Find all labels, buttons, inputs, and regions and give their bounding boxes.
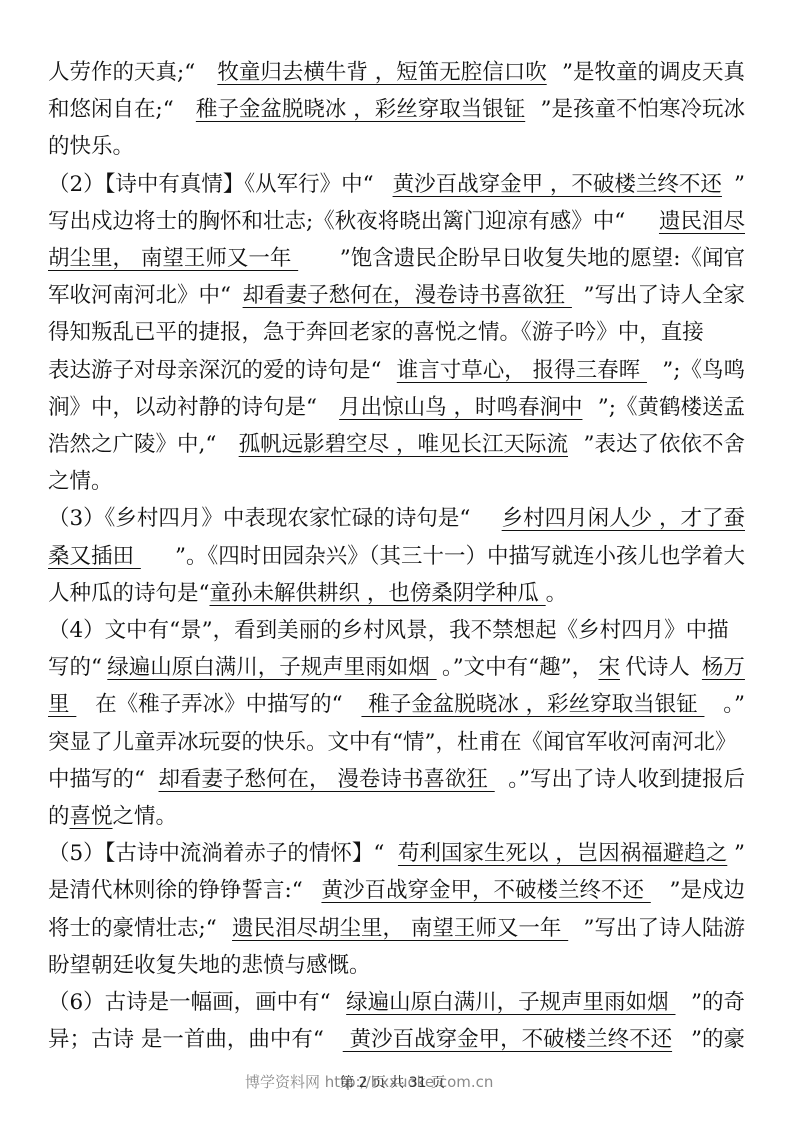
page-footer: 博学资料网 http://bxxuoke.com.cn 第 2 页 共 31 页 <box>0 1071 793 1093</box>
text-segment: ”是戍边 <box>670 876 746 906</box>
text-line: （6）古诗是一幅画，画中有“绿遍山原白满川，子规声里雨如烟 ”的奇 <box>48 988 745 1018</box>
answer-blank: 稚子金盆脱晓冰 ，彩丝穿取当银钲 <box>361 690 704 720</box>
text-segment: 人种瓜的诗句是“ <box>48 579 210 609</box>
text-segment: 盼望朝廷收复失地的悲愤与感慨。 <box>48 951 371 981</box>
answer-blank: 绿遍山原白满川，子规声里雨如烟 <box>346 988 675 1018</box>
text-line: 写出戍边将士的胸怀和壮志;《秋夜将晓出篱门迎凉有感》中“遗民泪尽 <box>48 207 745 237</box>
text-line: 涧》中，以动衬静的诗句是“ 月出惊山鸟 ，时鸣春涧中”;《黄鹤楼送孟 <box>48 393 745 423</box>
text-line: 中描写的“却看妻子愁何在， 漫卷诗书喜欲狂 。”写出了诗人收到捷报后 <box>48 765 745 795</box>
text-segment: ”;《鸟鸣 <box>662 356 745 386</box>
text-line: 和悠闲自在;“ 稚子金盆脱晓冰 ，彩丝穿取当银钲”是孩童不怕寒冷玩冰 <box>48 95 745 125</box>
text-segment: 是清代林则徐的铮铮誓言:“ <box>48 876 303 906</box>
answer-blank: 宋 <box>598 653 620 683</box>
text-line: 盼望朝廷收复失地的悲愤与感慨。 <box>48 951 745 981</box>
text-segment: 。”文中有“趣”， <box>442 653 593 683</box>
document-page: 人劳作的天真;“ 牧童归去横牛背 ，短笛无腔信口吹”是牧童的调皮天真和悠闲自在;… <box>0 0 793 1122</box>
answer-blank: 牧童归去横牛背 ，短笛无腔信口吹 <box>217 58 546 88</box>
text-segment: 写的“ <box>48 653 102 683</box>
answer-blank: 苟利国家生死以 ，岂因祸福避趋之 <box>398 839 727 869</box>
answer-blank: 稚子金盆脱晓冰 ，彩丝穿取当银钲 <box>196 95 525 125</box>
text-segment: 浩然之广陵》中,“ <box>48 430 223 460</box>
text-line: 表达游子对母亲深沉的爱的诗句是“谁言寸草心， 报得三春晖 ”;《鸟鸣 <box>48 356 745 386</box>
text-line: 桑又插田 ”。《四时田园杂兴》（其三十一）中描写就连小孩儿也学着大 <box>48 542 745 572</box>
text-segment: 写出戍边将士的胸怀和壮志;《秋夜将晓出篱门迎凉有感》中“ <box>48 207 625 237</box>
text-line: 浩然之广陵》中,“ 孤帆远影碧空尽 ，唯见长江天际流”表达了依依不舍 <box>48 430 745 460</box>
text-segment: ” <box>734 839 745 869</box>
answer-blank: 里 <box>48 690 76 720</box>
answer-blank: 月出惊山鸟 ，时鸣春涧中 <box>339 393 582 423</box>
answer-blank: 却看妻子愁何在， 漫卷诗书喜欲狂 <box>159 765 495 795</box>
answer-blank: 遗民泪尽胡尘里， 南望王师又一年 <box>232 914 568 944</box>
answer-blank: 孤帆远影碧空尽 ，唯见长江天际流 <box>239 430 568 460</box>
text-segment: 涧》中，以动衬静的诗句是“ <box>48 393 324 423</box>
text-line: （5）【古诗中流淌着赤子的情怀】“ 苟利国家生死以 ，岂因祸福避趋之” <box>48 839 745 869</box>
text-segment: ”写出了诗人陆游 <box>583 914 745 944</box>
text-line: 的快乐。 <box>48 132 745 162</box>
text-segment: 之情。 <box>113 802 178 832</box>
text-line: （2）【诗中有真情】《从军行》中“ 黄沙百战穿金甲 ，不破楼兰终不还” <box>48 170 745 200</box>
answer-blank: 黄沙百战穿金甲，不破楼兰终不还 <box>343 1025 672 1055</box>
answer-blank: 乡村四月闲人少 ，才了蚕 <box>502 504 745 534</box>
text-segment: （6）古诗是一幅画，画中有“ <box>48 988 331 1018</box>
text-segment: 的快乐。 <box>48 132 134 162</box>
text-segment: ”写出了诗人全家 <box>584 281 746 311</box>
text-segment: 。” <box>723 690 745 720</box>
text-segment: 异；古诗 是一首曲，曲中有“ <box>48 1025 324 1055</box>
text-segment: 。”写出了诗人收到捷报后 <box>508 765 745 795</box>
text-segment: 将士的豪情壮志;“ <box>48 914 217 944</box>
answer-blank: 喜悦 <box>70 802 113 832</box>
answer-blank: 桑又插田 <box>48 542 141 572</box>
text-segment: ”表达了依依不舍 <box>583 430 745 460</box>
text-line: 异；古诗 是一首曲，曲中有“ 黄沙百战穿金甲，不破楼兰终不还”的豪 <box>48 1025 745 1055</box>
text-line: 得知叛乱已平的捷报，急于奔回老家的喜悦之情。《游子吟》中，直接 <box>48 318 745 348</box>
text-segment: （2）【诗中有真情】《从军行》中“ <box>48 170 381 200</box>
text-segment: 得知叛乱已平的捷报，急于奔回老家的喜悦之情。《游子吟》中，直接 <box>48 318 704 348</box>
text-segment: 表达游子对母亲深沉的爱的诗句是“ <box>48 356 382 386</box>
text-line: 写的“绿遍山原白满川，子规声里雨如烟 。”文中有“趣”，宋代诗人 杨万 <box>48 653 745 683</box>
text-line: 突显了儿童弄冰玩耍的快乐。文中有“情”，杜甫在《闻官军收河南河北》 <box>48 728 745 758</box>
text-line: 军收河南河北》中“却看妻子愁何在，漫卷诗书喜欲狂 ”写出了诗人全家 <box>48 281 745 311</box>
answer-blank: 黄沙百战穿金甲，不破楼兰终不还 <box>321 876 650 906</box>
text-segment: ”是牧童的调皮天真 <box>562 58 745 88</box>
answer-blank: 却看妻子愁何在，漫卷诗书喜欲狂 <box>243 281 572 311</box>
text-line: 的喜悦之情。 <box>48 802 745 832</box>
text-segment: （4）文中有“景”，看到美丽的乡村风景，我不禁想起《乡村四月》中描 <box>48 616 729 646</box>
text-line: 胡尘里， 南望王师又一年 ”饱含遗民企盼早日收复失地的愿望:《闻官 <box>48 244 745 274</box>
text-line: 之情。 <box>48 467 745 497</box>
text-segment: ”饱含遗民企盼早日收复失地的愿望:《闻官 <box>340 244 745 274</box>
text-segment: 中描写的“ <box>48 765 145 795</box>
text-segment: ”是孩童不怕寒冷玩冰 <box>540 95 745 125</box>
answer-blank: 谁言寸草心， 报得三春晖 <box>397 356 647 386</box>
text-line: （3）《乡村四月》中表现农家忙碌的诗句是“ 乡村四月闲人少 ，才了蚕 <box>48 504 745 534</box>
page-number: 第 2 页 共 31 页 <box>340 1072 445 1092</box>
text-segment: 。 <box>546 579 568 609</box>
text-segment: 人劳作的天真;“ <box>48 58 202 88</box>
answer-blank: 杨万 <box>702 653 745 683</box>
text-segment: （5）【古诗中流淌着赤子的情怀】“ <box>48 839 391 869</box>
text-line: 里 在《稚子弄冰》中描写的“ 稚子金盆脱晓冰 ，彩丝穿取当银钲 。” <box>48 690 745 720</box>
text-segment: （3）《乡村四月》中表现农家忙碌的诗句是“ <box>48 504 477 534</box>
text-segment: 代诗人 <box>625 653 696 683</box>
answer-blank: 绿遍山原白满川，子规声里雨如烟 <box>107 653 436 683</box>
text-segment: 之情。 <box>48 467 113 497</box>
text-segment: ”;《黄鹤楼送孟 <box>598 393 745 423</box>
text-line: 人种瓜的诗句是“童孙未解供耕织 ，也傍桑阴学种瓜 。 <box>48 579 745 609</box>
text-segment: 的 <box>48 802 70 832</box>
text-segment: ”的豪 <box>691 1025 745 1055</box>
text-line: 人劳作的天真;“ 牧童归去横牛背 ，短笛无腔信口吹”是牧童的调皮天真 <box>48 58 745 88</box>
text-line: （4）文中有“景”，看到美丽的乡村风景，我不禁想起《乡村四月》中描 <box>48 616 745 646</box>
answer-blank: 黄沙百战穿金甲 ，不破楼兰终不还 <box>393 170 722 200</box>
text-segment: 在《稚子弄冰》中描写的“ <box>95 690 343 720</box>
text-segment: 和悠闲自在;“ <box>48 95 181 125</box>
answer-blank: 遗民泪尽 <box>659 207 745 237</box>
text-segment: 突显了儿童弄冰玩耍的快乐。文中有“情”，杜甫在《闻官军收河南河北》 <box>48 728 737 758</box>
text-line: 将士的豪情壮志;“遗民泪尽胡尘里， 南望王师又一年 ”写出了诗人陆游 <box>48 914 745 944</box>
answer-blank: 胡尘里， 南望王师又一年 <box>48 244 298 274</box>
text-segment: ”的奇 <box>691 988 745 1018</box>
text-segment: ” <box>734 170 745 200</box>
answer-blank: 童孙未解供耕织 ，也傍桑阴学种瓜 <box>210 579 546 609</box>
text-segment: ”。《四时田园杂兴》（其三十一）中描写就连小孩儿也学着大 <box>175 542 745 572</box>
text-segment: 军收河南河北》中“ <box>48 281 231 311</box>
text-line: 是清代林则徐的铮铮誓言:“黄沙百战穿金甲，不破楼兰终不还 ”是戍边 <box>48 876 745 906</box>
